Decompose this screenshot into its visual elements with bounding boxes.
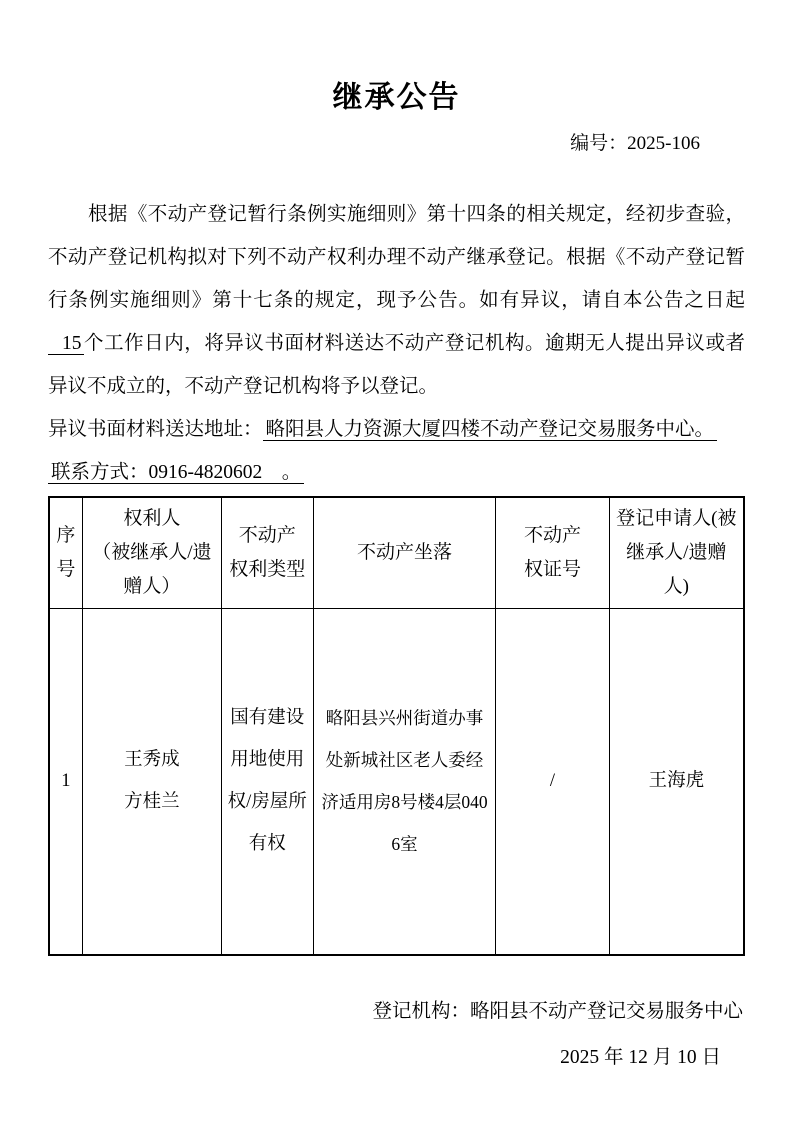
contact-line: 联系方式：0916-4820602 。 — [48, 451, 745, 494]
announcement-table: 序 号 权利人 （被继承人/遗赠人） 不动产 权利类型 不动产坐落 不动产 权证… — [48, 496, 745, 956]
cell-property-location: 略阳县兴州街道办事处新城社区老人委经济适用房8号楼4层0406室 — [313, 609, 496, 955]
page-title: 继承公告 — [48, 72, 745, 116]
address-label: 异议书面材料送达地址： — [48, 419, 263, 440]
header-serial-number: 序 号 — [49, 497, 82, 609]
days-underlined-value: 15 — [48, 333, 84, 355]
address-line: 异议书面材料送达地址：略阳县人力资源大厦四楼不动产登记交易服务中心。 — [48, 408, 745, 451]
cell-rights-holder: 王秀成 方桂兰 — [82, 609, 221, 955]
cell-serial-number: 1 — [49, 609, 82, 955]
header-property-right-type: 不动产 权利类型 — [221, 497, 313, 609]
cell-property-right-type: 国有建设用地使用权/房屋所有权 — [221, 609, 313, 955]
cell-registration-applicant: 王海虎 — [609, 609, 744, 955]
registration-agency-line: 登记机构：略阳县不动产登记交易服务中心 — [48, 998, 745, 1025]
header-certificate-number: 不动产 权证号 — [496, 497, 609, 609]
table-header-row: 序 号 权利人 （被继承人/遗赠人） 不动产 权利类型 不动产坐落 不动产 权证… — [49, 497, 744, 609]
paragraph-text-before-days: 根据《不动产登记暂行条例实施细则》第十四条的相关规定，经初步查验，不动产登记机构… — [48, 204, 745, 311]
document-page: 继承公告 编号：2025-106 根据《不动产登记暂行条例实施细则》第十四条的相… — [0, 0, 793, 1122]
header-property-location: 不动产坐落 — [313, 497, 496, 609]
announcement-body: 根据《不动产登记暂行条例实施细则》第十四条的相关规定，经初步查验，不动产登记机构… — [48, 193, 745, 494]
cell-certificate-number: / — [496, 609, 609, 955]
header-rights-holder: 权利人 （被继承人/遗赠人） — [82, 497, 221, 609]
doc-number: 编号：2025-106 — [48, 130, 745, 157]
contact-underlined-value: 联系方式：0916-4820602 。 — [48, 462, 304, 484]
main-paragraph: 根据《不动产登记暂行条例实施细则》第十四条的相关规定，经初步查验，不动产登记机构… — [48, 193, 745, 408]
paragraph-text-after-days: 个工作日内，将异议书面材料送达不动产登记机构。逾期无人提出异议或者异议不成立的，… — [48, 333, 745, 397]
table-row: 1 王秀成 方桂兰 国有建设用地使用权/房屋所有权 略阳县兴州街道办事处新城社区… — [49, 609, 744, 955]
address-underlined-value: 略阳县人力资源大厦四楼不动产登记交易服务中心。 — [263, 419, 718, 441]
announcement-date: 2025 年 12 月 10 日 — [48, 1044, 745, 1071]
header-registration-applicant: 登记申请人(被继承人/遗赠人) — [609, 497, 744, 609]
